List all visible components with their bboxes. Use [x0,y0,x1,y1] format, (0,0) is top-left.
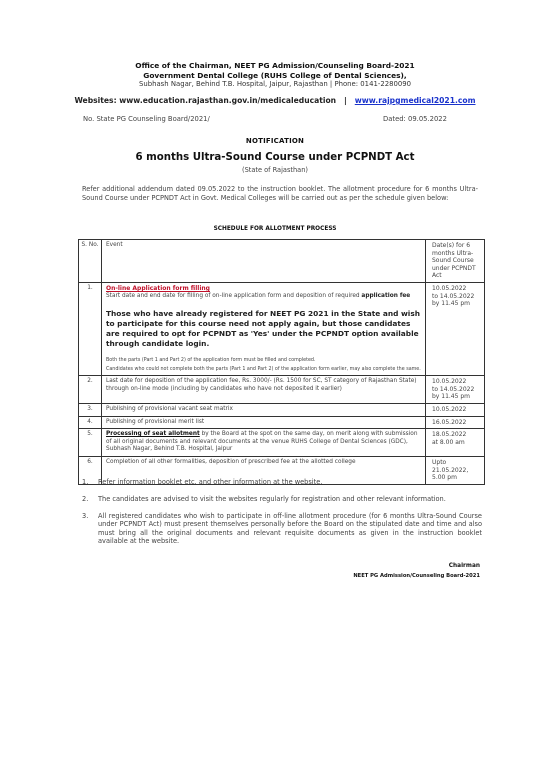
table-row: 2. Last date for deposition of the appli… [79,376,485,404]
website-2-link[interactable]: www.rajpgmedical2021.com [355,96,476,105]
date-line: to 14.05.2022 [432,386,480,394]
intro-paragraph: Refer additional addendum dated 09.05.20… [82,185,478,203]
notification-label: NOTIFICATION [0,137,550,145]
row-dates: 10.05.2022 to 14.05.2022 by 11.45 pm [426,376,485,404]
date-line: to 14.05.2022 [432,293,480,301]
schedule-table: S. No. Event Date(s) for 6 months Ultra-… [78,239,485,485]
date-line: 10.05.2022 [432,285,480,293]
college-line: Government Dental College (RUHS College … [0,71,550,81]
note-number: 2. [82,495,98,503]
row-sno: 3. [79,403,102,416]
row-event: On-line Application form filling Start d… [102,282,426,375]
table-row: 1. On-line Application form filling Star… [79,282,485,375]
row-event: Publishing of provisional merit list [102,416,426,429]
row-event: Publishing of provisional vacant seat ma… [102,403,426,416]
date-line: 16.05.2022 [432,419,480,427]
reference-date: Dated: 09.05.2022 [383,115,447,123]
event-text-a: Start date and end date for filling of o… [106,293,361,299]
date-line: 21.05.2022, [432,467,480,475]
letterhead: Office of the Chairman, NEET PG Admissio… [0,61,550,80]
row-dates: 10.05.2022 [426,403,485,416]
note-number: 3. [82,512,98,546]
header-sno: S. No. [79,240,102,283]
date-line: 18.05.2022 [432,431,480,439]
event-title: On-line Application form filling [106,285,421,293]
table-row: 3. Publishing of provisional vacant seat… [79,403,485,416]
date-line: 10.05.2022 [432,406,480,414]
note-item: 2. The candidates are advised to visit t… [82,495,482,503]
row-dates: 10.05.2022 to 14.05.2022 by 11.45 pm [426,282,485,375]
separator: | [344,96,347,105]
websites-line: Websites: www.education.rajasthan.gov.in… [0,96,550,105]
date-line: Upto [432,459,480,467]
note-text: The candidates are advised to visit the … [98,495,482,503]
event-note-2: Candidates who could not complete both t… [106,366,421,373]
note-text: Refer information booklet etc. and other… [98,478,482,486]
row-sno: 2. [79,376,102,404]
date-line: 10.05.2022 [432,378,480,386]
note-item: 1. Refer information booklet etc. and ot… [82,478,482,486]
row-event: Last date for deposition of the applicat… [102,376,426,404]
date-line: by 11.45 pm [432,393,480,401]
table-header-row: S. No. Event Date(s) for 6 months Ultra-… [79,240,485,283]
date-line: at 8.00 am [432,439,480,447]
page-subtitle: (State of Rajasthan) [0,166,550,174]
notes-list: 1. Refer information booklet etc. and ot… [82,478,482,554]
row-sno: 5. [79,429,102,457]
event-note-1: Both the parts (Part 1 and Part 2) of th… [106,357,421,364]
note-number: 1. [82,478,98,486]
date-line: by 11.45 pm [432,300,480,308]
row-dates: 16.05.2022 [426,416,485,429]
row-event: Processing of seat allotment by the Boar… [102,429,426,457]
page-title: 6 months Ultra-Sound Course under PCPNDT… [0,152,550,163]
row-sno: 1. [79,282,102,375]
event-text: Start date and end date for filling of o… [106,293,421,301]
websites-label: Websites: [74,96,116,105]
header-dates: Date(s) for 6 months Ultra-Sound Course … [426,240,485,283]
note-item: 3. All registered candidates who wish to… [82,512,482,546]
address-line: Subhash Nagar, Behind T.B. Hospital, Jai… [0,80,550,89]
table-row: 5. Processing of seat allotment by the B… [79,429,485,457]
note-text: All registered candidates who wish to pa… [98,512,482,546]
row-sno: 4. [79,416,102,429]
header-event: Event [102,240,426,283]
reference-number: No. State PG Counseling Board/2021/ [83,115,210,123]
event-text-bold: application fee [361,293,410,299]
office-line: Office of the Chairman, NEET PG Admissio… [0,61,550,71]
website-1: www.education.rajasthan.gov.in/medicaled… [119,96,336,105]
notification-document: Office of the Chairman, NEET PG Admissio… [0,0,550,777]
row-dates: 18.05.2022 at 8.00 am [426,429,485,457]
event-title: Processing of seat allotment [106,431,200,437]
signature-board: NEET PG Admission/Counseling Board-2021 [300,573,480,579]
schedule-heading: SCHEDULE FOR ALLOTMENT PROCESS [0,226,550,232]
table-row: 4. Publishing of provisional merit list … [79,416,485,429]
signature-title: Chairman [300,563,480,569]
event-notice: Those who have already registered for NE… [106,309,421,349]
